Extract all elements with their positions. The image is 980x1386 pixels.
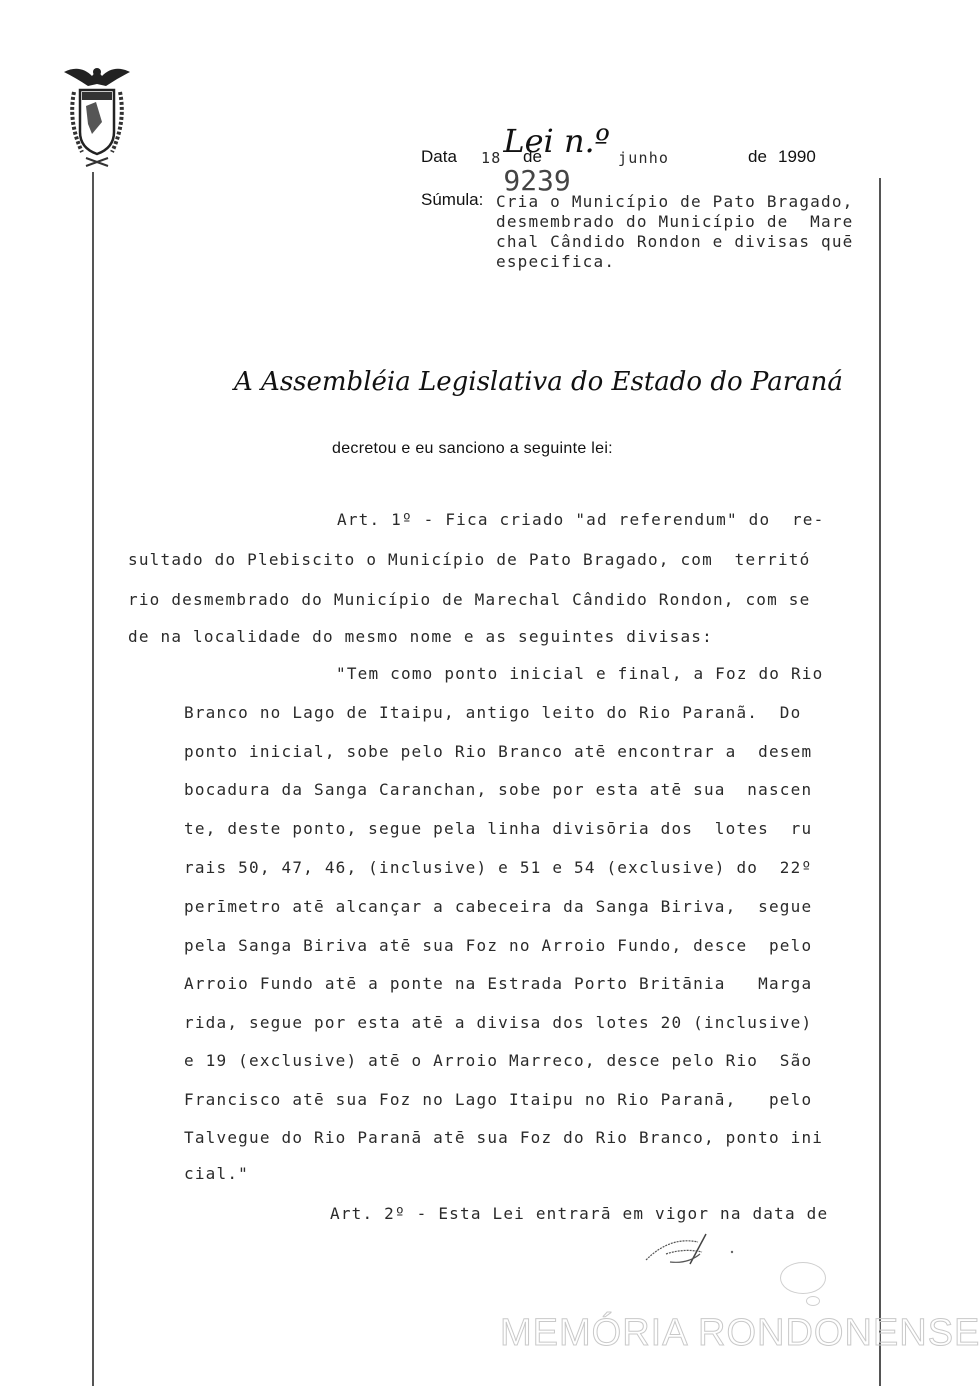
boundary-line: Branco no Lago de Itaipu, antigo leito d…: [184, 703, 801, 722]
assembly-heading: A Assembléia Legislativa do Estado do Pa…: [234, 367, 843, 397]
article-1-line: sultado do Plebiscito o Município de Pat…: [128, 550, 810, 569]
date-label: Data: [421, 147, 457, 167]
signature-mark: [640, 1230, 750, 1270]
law-title: Lei n.º 9239: [483, 84, 610, 198]
left-margin-line: [92, 172, 94, 1386]
sumula-line: Cria o Município de Pato Bragado,: [496, 192, 853, 212]
date-year: 1990: [778, 147, 816, 167]
date-month: junho: [618, 149, 669, 167]
right-margin-line: [879, 178, 881, 1386]
sumula-line: chal Cândido Rondon e divisas quē: [496, 232, 853, 252]
watermark-bubble-small: [806, 1296, 820, 1306]
watermark: MEMÓRIA RONDONENSE: [500, 1312, 980, 1355]
boundary-line: cial.": [184, 1164, 249, 1183]
watermark-bubble-large: [780, 1262, 826, 1294]
boundary-line: rida, segue por esta atē a divisa dos lo…: [184, 1013, 812, 1032]
date-de-2: de: [748, 147, 767, 167]
sumula-line: desmembrado do Município de Mare: [496, 212, 853, 232]
boundary-line: rais 50, 47, 46, (inclusive) e 51 e 54 (…: [184, 858, 812, 877]
boundary-line: Arroio Fundo atē a ponte na Estrada Port…: [184, 974, 812, 993]
boundary-line: Talvegue do Rio Paranā atē sua Foz do Ri…: [184, 1128, 823, 1147]
sumula-label: Súmula:: [421, 190, 483, 210]
date-day: 18: [481, 149, 501, 167]
date-de-1: de: [523, 147, 542, 167]
decree-intro: decretou e eu sanciono a seguinte lei:: [332, 440, 613, 458]
article-1-line: Art. 1º - Fica criado "ad referendum" do…: [337, 510, 824, 529]
boundary-line: bocadura da Sanga Caranchan, sobe por es…: [184, 780, 812, 799]
parana-coat-of-arms-icon: [62, 62, 132, 172]
boundary-line: Francisco atē sua Foz no Lago Itaipu no …: [184, 1090, 812, 1109]
boundary-line: perīmetro atē alcançar a cabeceira da Sa…: [184, 897, 812, 916]
article-1-line: de na localidade do mesmo nome e as segu…: [128, 627, 713, 646]
boundary-line: "Tem como ponto inicial e final, a Foz d…: [336, 664, 823, 683]
law-title-prefix: Lei n.º: [503, 122, 609, 160]
sumula-line: especifica.: [496, 252, 615, 272]
boundary-line: pela Sanga Biriva atē sua Foz no Arroio …: [184, 936, 812, 955]
article-1-line: rio desmembrado do Município de Marechal…: [128, 590, 810, 609]
boundary-line: ponto inicial, sobe pelo Rio Branco atē …: [184, 742, 812, 761]
boundary-line: e 19 (exclusive) atē o Arroio Marreco, d…: [184, 1051, 812, 1070]
boundary-line: te, deste ponto, segue pela linha divisō…: [184, 819, 812, 838]
article-2-line: Art. 2º - Esta Lei entrarā em vigor na d…: [330, 1204, 828, 1223]
